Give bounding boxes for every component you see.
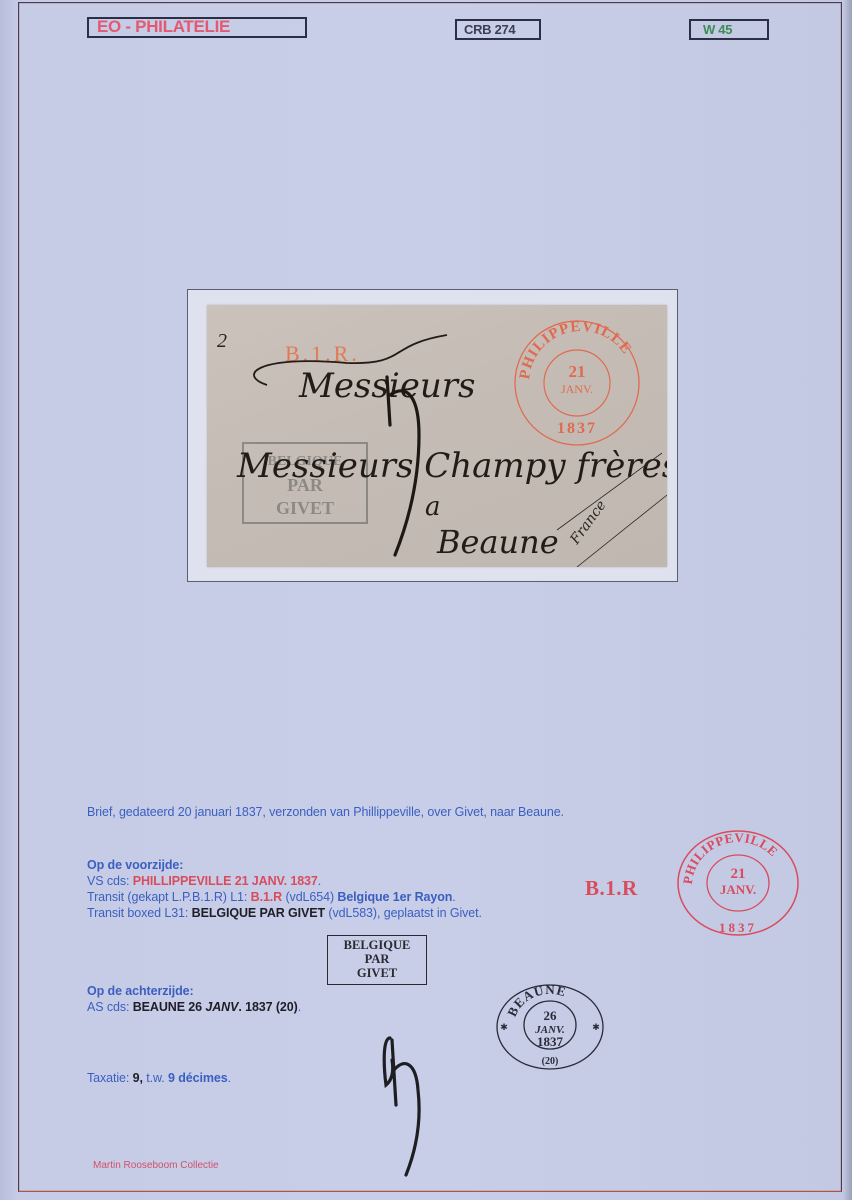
svg-text:1837: 1837	[557, 420, 597, 437]
vs-cds-line: VS cds: PHILLIPPEVILLE 21 JANV. 1837.	[87, 873, 482, 889]
front-side-description: Op de voorzijde: VS cds: PHILLIPPEVILLE …	[87, 857, 482, 921]
svg-text:26: 26	[544, 1008, 558, 1023]
back-heading: Op de achterzijde:	[87, 983, 301, 999]
back-side-description: Op de achterzijde: AS cds: BEAUNE 26 JAN…	[87, 983, 301, 1015]
svg-text:France: France	[567, 498, 610, 549]
svg-text:JANV.: JANV.	[561, 382, 593, 396]
postal-cover-image: 2 B.1.R. PHILIPPEVILLE 21 JANV. 1837 BEL…	[207, 305, 667, 567]
exhibit-title: EO - PHILATELIE	[87, 17, 307, 38]
svg-text:(20): (20)	[542, 1056, 559, 1067]
svg-text:GIVET: GIVET	[276, 498, 334, 518]
as-cds-line: AS cds: BEAUNE 26 JANV. 1837 (20).	[87, 999, 301, 1015]
front-heading: Op de voorzijde:	[87, 857, 482, 873]
corner-manuscript: 2	[217, 330, 227, 352]
description-intro: Brief, gedateerd 20 januari 1837, verzon…	[87, 804, 564, 820]
bir-illustration: B.1.R	[585, 876, 638, 901]
catalogue-reference: CRB 274	[455, 19, 541, 40]
address-line-4: Beaune	[436, 523, 559, 561]
svg-text:✱: ✱	[592, 1022, 600, 1032]
beaune-cds-illustration: BEAUNE 26 JANV. 1837 (20) ✱ ✱	[492, 982, 608, 1072]
svg-text:21: 21	[731, 866, 746, 882]
givet-boxed-illustration: BELGIQUE PAR GIVET	[327, 935, 427, 985]
collection-credit: Martin Rooseboom Collectie	[93, 1160, 219, 1171]
svg-text:JANV.: JANV.	[720, 882, 756, 897]
philippeville-cds-illustration: PHILIPPEVILLE 21 JANV. 1837	[676, 828, 800, 938]
page-number: W 45	[689, 19, 769, 40]
cover-drawing: 2 B.1.R. PHILIPPEVILLE 21 JANV. 1837 BEL…	[207, 305, 667, 567]
svg-text:BEAUNE: BEAUNE	[504, 982, 568, 1019]
transit-l31-line: Transit boxed L31: BELGIQUE PAR GIVET (v…	[87, 905, 482, 921]
svg-text:1837: 1837	[537, 1034, 564, 1049]
transit-l1-line: Transit (gekapt L.P.B.1.R) L1: B.1.R (vd…	[87, 889, 482, 905]
address-line-2: Messieurs Champy frères	[236, 446, 667, 486]
taxation-9-illustration	[370, 1030, 440, 1180]
taxation-line: Taxatie: 9, t.w. 9 décimes.	[87, 1070, 231, 1086]
svg-text:✱: ✱	[500, 1022, 508, 1032]
svg-text:21: 21	[569, 362, 586, 381]
address-line-3: a	[425, 492, 441, 522]
svg-text:1837: 1837	[719, 920, 757, 935]
